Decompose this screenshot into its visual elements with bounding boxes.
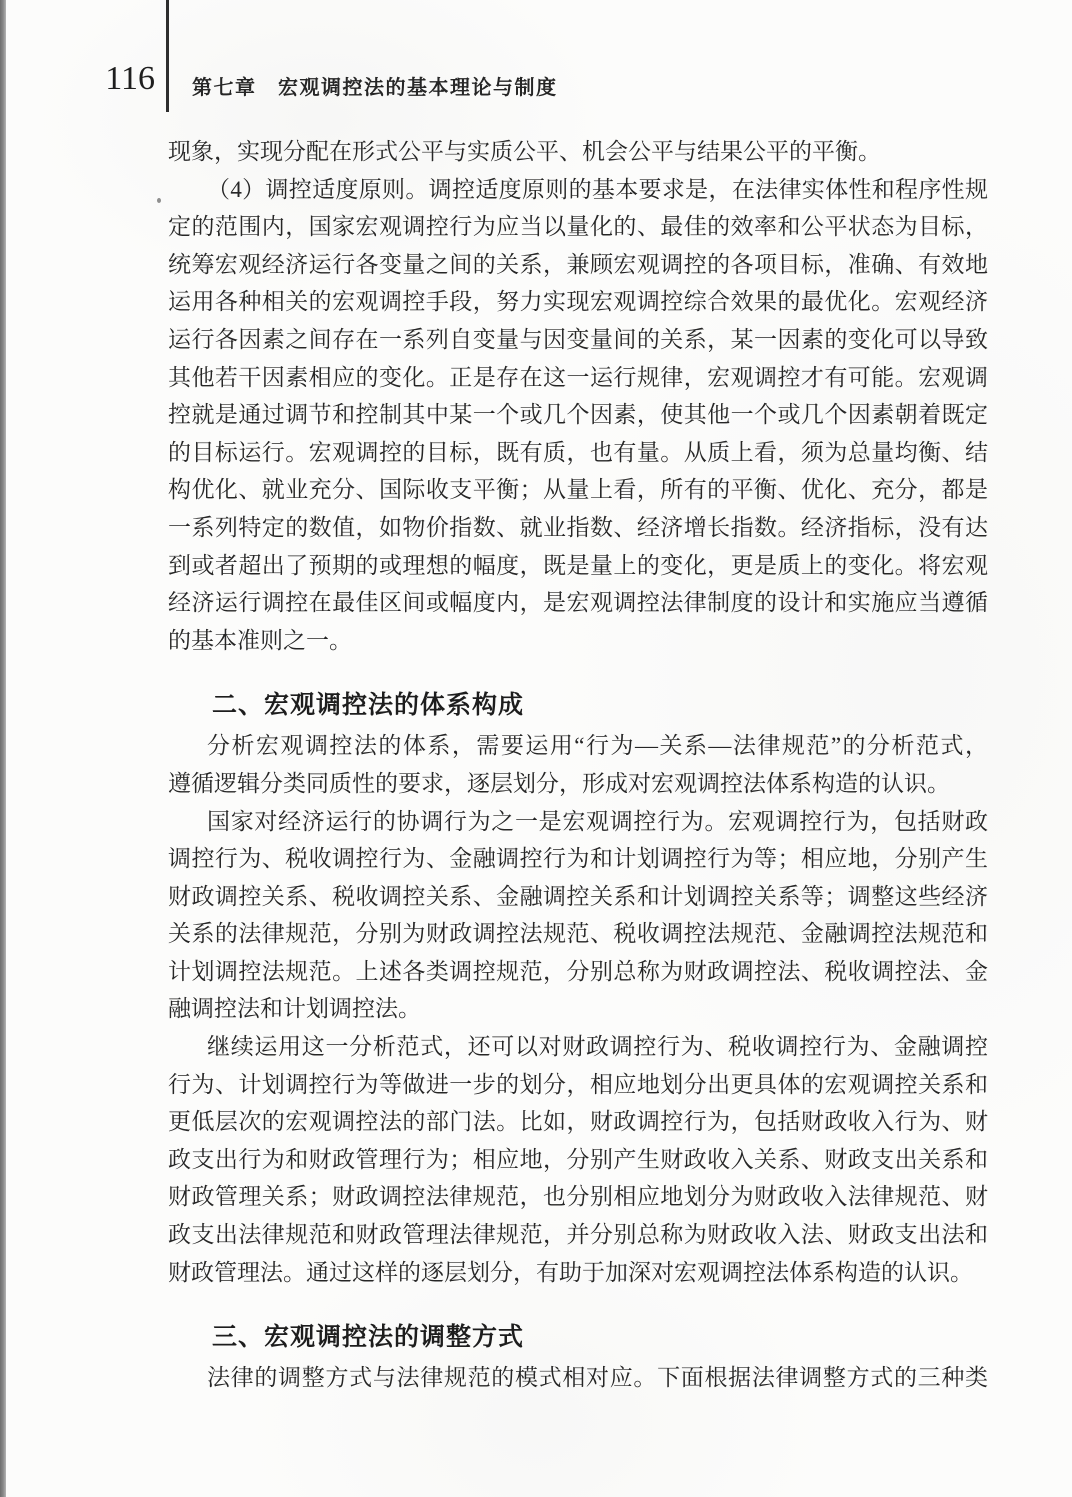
text-line: 的目标运行。宏观调控的目标，既有质，也有量。从质上看，须为总量均衡、结 xyxy=(168,434,988,472)
text-line: 运用各种相关的宏观调控手段，努力实现宏观调控综合效果的最优化。宏观经济 xyxy=(168,283,988,321)
text-line: （4）调控适度原则。调控适度原则的基本要求是，在法律实体性和程序性规 xyxy=(168,171,988,209)
text-line: 运行各因素之间存在一系列自变量与因变量间的关系，某一因素的变化可以导致 xyxy=(168,321,988,359)
text-line: 融调控法和计划调控法。 xyxy=(168,990,988,1028)
text-line: 统筹宏观经济运行各变量之间的关系，兼顾宏观调控的各项目标，准确、有效地 xyxy=(168,246,988,284)
text-line: 构优化、就业充分、国际收支平衡；从量上看，所有的平衡、优化、充分，都是 xyxy=(168,471,988,509)
text-line: 其他若干因素相应的变化。正是存在这一运行规律，宏观调控才有可能。宏观调 xyxy=(168,359,988,397)
page-number: 116 xyxy=(88,60,155,98)
scan-artifact-dot xyxy=(157,198,161,203)
text-line: 继续运用这一分析范式，还可以对财政调控行为、税收调控行为、金融调控 xyxy=(168,1028,988,1066)
text-line: 调控行为、税收调控行为、金融调控行为和计划调控行为等；相应地，分别产生 xyxy=(168,840,988,878)
page-left-edge xyxy=(0,0,6,1497)
text-line: 政支出行为和财政管理行为；相应地，分别产生财政收入关系、财政支出关系和 xyxy=(168,1141,988,1179)
text-line: 遵循逻辑分类同质性的要求，逐层划分，形成对宏观调控法体系构造的认识。 xyxy=(168,765,988,803)
chapter-running-header: 第七章 宏观调控法的基本理论与制度 xyxy=(192,76,558,100)
text-line: 关系的法律规范，分别为财政调控法规范、税收调控法规范、金融调控法规范和 xyxy=(168,915,988,953)
body-text: 现象，实现分配在形式公平与实质公平、机会公平与结果公平的平衡。（4）调控适度原则… xyxy=(168,133,988,1397)
paragraph: 继续运用这一分析范式，还可以对财政调控行为、税收调控行为、金融调控行为、计划调控… xyxy=(168,1028,988,1291)
section-heading: 三、宏观调控法的调整方式 xyxy=(168,1317,988,1357)
text-line: 分析宏观调控法的体系，需要运用“行为—关系—法律规范”的分析范式， xyxy=(168,727,988,765)
paragraph: 现象，实现分配在形式公平与实质公平、机会公平与结果公平的平衡。 xyxy=(168,133,988,171)
text-line: 的基本准则之一。 xyxy=(168,622,988,660)
text-line: 财政调控关系、税收调控关系、金融调控关系和计划调控关系等；调整这些经济 xyxy=(168,878,988,916)
text-line: 国家对经济运行的协调行为之一是宏观调控行为。宏观调控行为，包括财政 xyxy=(168,803,988,841)
text-line: 法律的调整方式与法律规范的模式相对应。下面根据法律调整方式的三种类 xyxy=(168,1359,988,1397)
text-line: 现象，实现分配在形式公平与实质公平、机会公平与结果公平的平衡。 xyxy=(168,133,988,171)
text-line: 经济运行调控在最佳区间或幅度内，是宏观调控法律制度的设计和实施应当遵循 xyxy=(168,584,988,622)
text-line: 定的范围内，国家宏观调控行为应当以量化的、最佳的效率和公平状态为目标， xyxy=(168,208,988,246)
section-heading: 二、宏观调控法的体系构成 xyxy=(168,685,988,725)
paragraph: 法律的调整方式与法律规范的模式相对应。下面根据法律调整方式的三种类 xyxy=(168,1359,988,1397)
paragraph: 分析宏观调控法的体系，需要运用“行为—关系—法律规范”的分析范式，遵循逻辑分类同… xyxy=(168,727,988,802)
paragraph: （4）调控适度原则。调控适度原则的基本要求是，在法律实体性和程序性规定的范围内，… xyxy=(168,171,988,660)
text-line: 政支出法律规范和财政管理法律规范，并分别总称为财政收入法、财政支出法和 xyxy=(168,1216,988,1254)
paragraph: 国家对经济运行的协调行为之一是宏观调控行为。宏观调控行为，包括财政调控行为、税收… xyxy=(168,803,988,1029)
text-line: 一系列特定的数值，如物价指数、就业指数、经济增长指数。经济指标，没有达 xyxy=(168,509,988,547)
header-divider-rule xyxy=(166,0,169,112)
text-line: 到或者超出了预期的或理想的幅度，既是量上的变化，更是质上的变化。将宏观 xyxy=(168,547,988,585)
text-line: 财政管理关系；财政调控法律规范，也分别相应地划分为财政收入法律规范、财 xyxy=(168,1178,988,1216)
text-line: 控就是通过调节和控制其中某一个或几个因素，使其他一个或几个因素朝着既定 xyxy=(168,396,988,434)
text-line: 更低层次的宏观调控法的部门法。比如，财政调控行为，包括财政收入行为、财 xyxy=(168,1103,988,1141)
text-line: 财政管理法。通过这样的逐层划分，有助于加深对宏观调控法体系构造的认识。 xyxy=(168,1254,988,1292)
text-line: 行为、计划调控行为等做进一步的划分，相应地划分出更具体的宏观调控关系和 xyxy=(168,1066,988,1104)
book-page: 116 第七章 宏观调控法的基本理论与制度 现象，实现分配在形式公平与实质公平、… xyxy=(0,0,1072,1497)
text-line: 计划调控法规范。上述各类调控规范，分别总称为财政调控法、税收调控法、金 xyxy=(168,953,988,991)
